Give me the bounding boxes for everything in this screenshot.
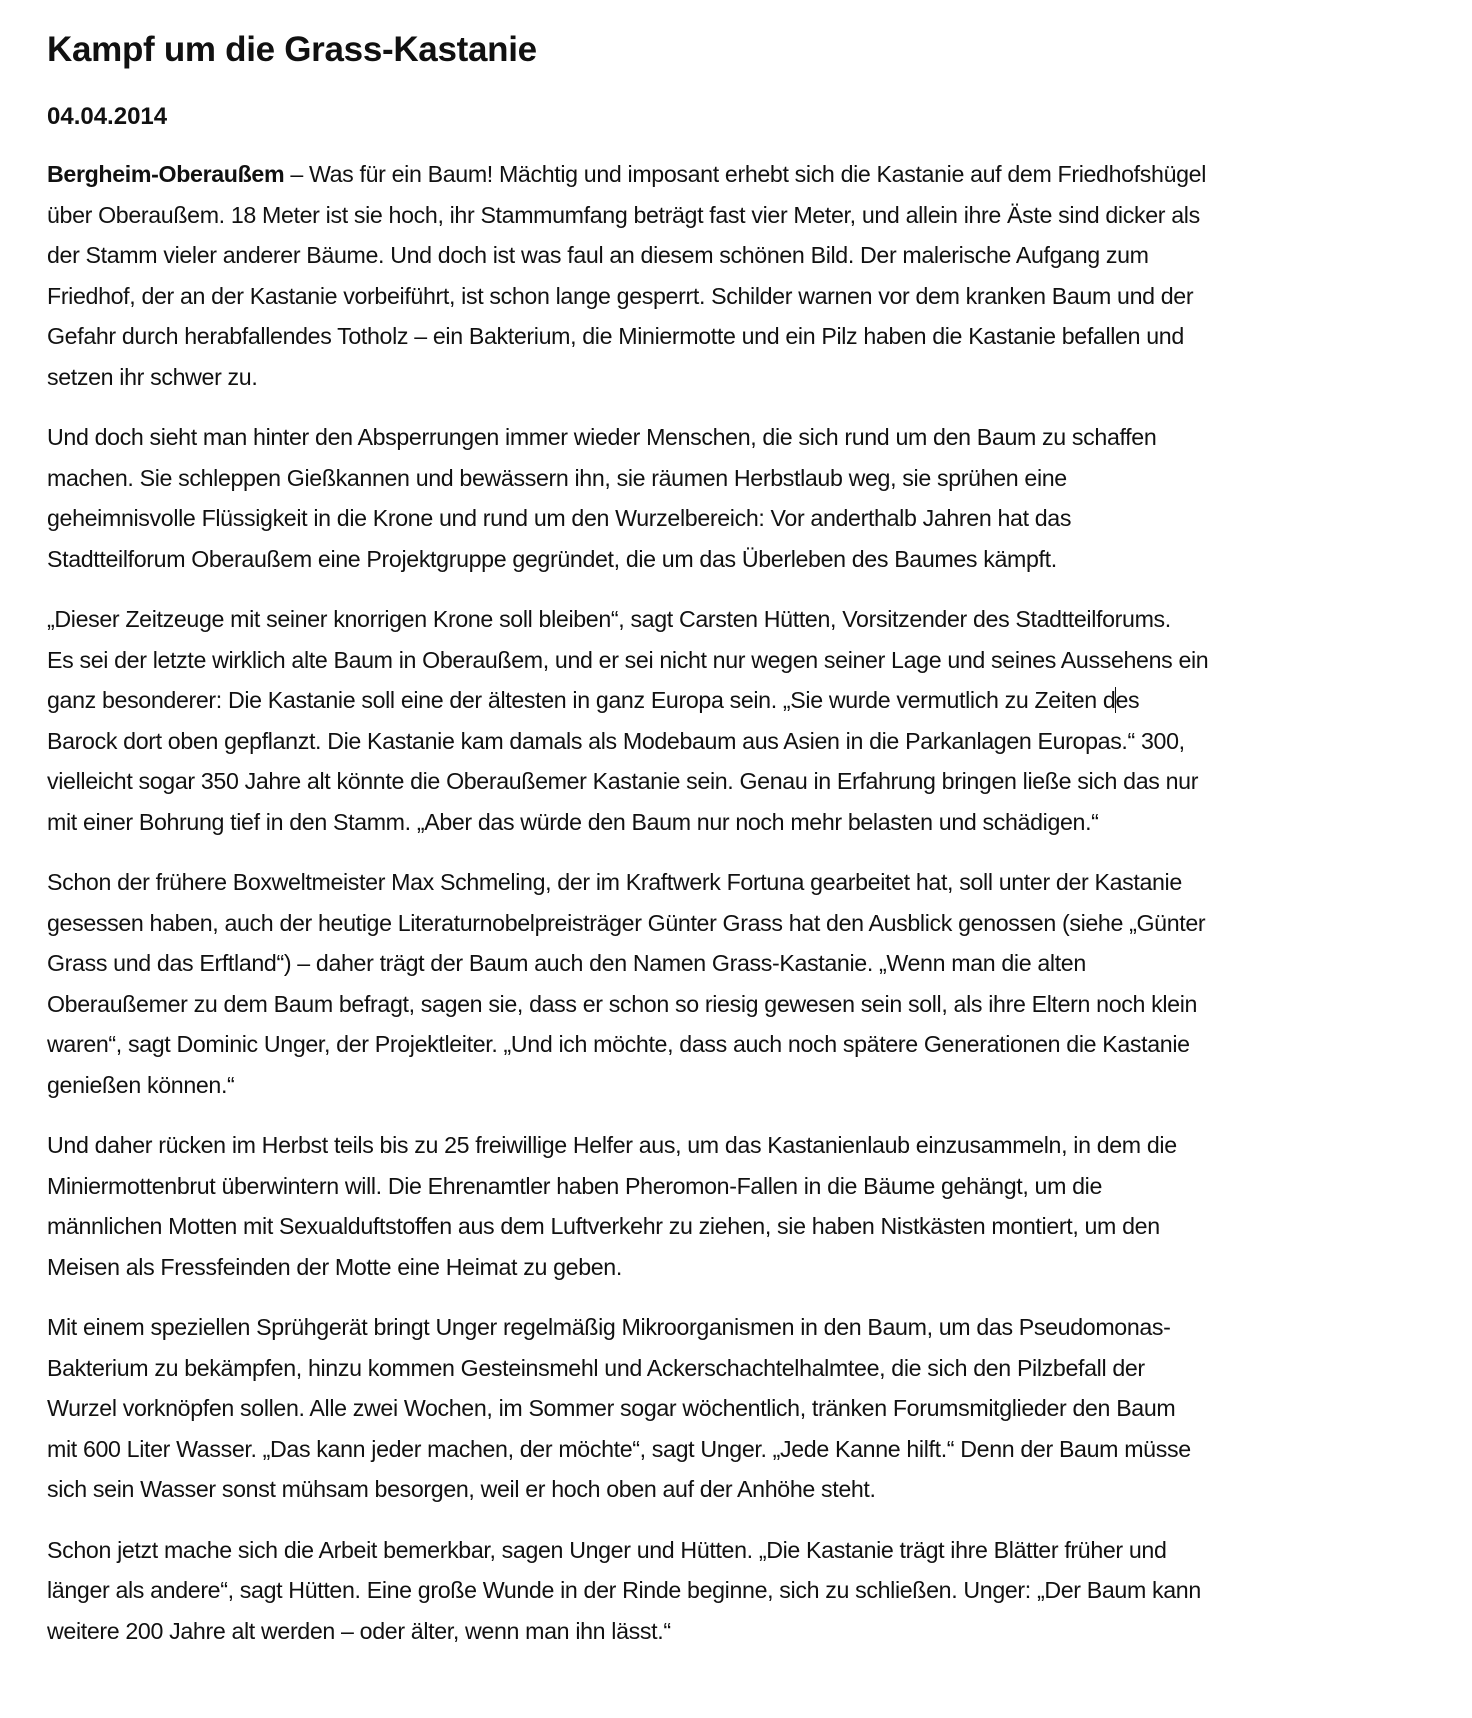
paragraph-line: Es sei der letzte wirklich alte Baum in … <box>47 640 1472 681</box>
paragraph-line: setzen ihr schwer zu. <box>47 357 1472 398</box>
article: Kampf um die Grass-Kastanie 04.04.2014 B… <box>0 0 1472 1651</box>
paragraph-line: Friedhof, der an der Kastanie vorbeiführ… <box>47 276 1472 317</box>
paragraph-line: Schon der frühere Boxweltmeister Max Sch… <box>47 862 1472 903</box>
paragraph-line: vielleicht sogar 350 Jahre alt könnte di… <box>47 761 1472 802</box>
paragraph-line: Stadtteilforum Oberaußem eine Projektgru… <box>47 539 1472 580</box>
article-date: 04.04.2014 <box>47 102 1472 132</box>
paragraph-line: genießen können.“ <box>47 1065 1472 1106</box>
paragraph-line: Und doch sieht man hinter den Absperrung… <box>47 417 1472 458</box>
paragraph-line: Miniermottenbrut überwintern will. Die E… <box>47 1166 1472 1207</box>
paragraph-line: weitere 200 Jahre alt werden – oder älte… <box>47 1611 1472 1652</box>
article-paragraph-1[interactable]: Bergheim-Oberaußem – Was für ein Baum! M… <box>47 154 1472 397</box>
paragraph-line: waren“, sagt Dominic Unger, der Projektl… <box>47 1024 1472 1065</box>
paragraph-line: geheimnisvolle Flüssigkeit in die Krone … <box>47 498 1472 539</box>
paragraph-line: gesessen haben, auch der heutige Literat… <box>47 903 1472 944</box>
article-paragraph-2[interactable]: Und doch sieht man hinter den Absperrung… <box>47 417 1472 579</box>
paragraph-line: machen. Sie schleppen Gießkannen und bew… <box>47 458 1472 499</box>
article-paragraph-5[interactable]: Und daher rücken im Herbst teils bis zu … <box>47 1125 1472 1287</box>
paragraph-line: männlichen Motten mit Sexualduftstoffen … <box>47 1206 1472 1247</box>
paragraph-line: sich sein Wasser sonst mühsam besorgen, … <box>47 1469 1472 1510</box>
article-paragraph-3[interactable]: „Dieser Zeitzeuge mit seiner knorrigen K… <box>47 599 1472 842</box>
paragraph-line: Bergheim-Oberaußem – Was für ein Baum! M… <box>47 154 1472 195</box>
paragraph-line: länger als andere“, sagt Hütten. Eine gr… <box>47 1570 1472 1611</box>
paragraph-line: ganz besonderer: Die Kastanie soll eine … <box>47 680 1472 721</box>
paragraph-line: Barock dort oben gepflanzt. Die Kastanie… <box>47 721 1472 762</box>
paragraph-line: mit 600 Liter Wasser. „Das kann jeder ma… <box>47 1429 1472 1470</box>
paragraph-line: Bakterium zu bekämpfen, hinzu kommen Ges… <box>47 1348 1472 1389</box>
paragraph-line: über Oberaußem. 18 Meter ist sie hoch, i… <box>47 195 1472 236</box>
paragraph-line: Schon jetzt mache sich die Arbeit bemerk… <box>47 1530 1472 1571</box>
article-paragraph-4[interactable]: Schon der frühere Boxweltmeister Max Sch… <box>47 862 1472 1105</box>
lead-location: Bergheim-Oberaußem <box>47 161 284 187</box>
paragraph-line: mit einer Bohrung tief in den Stamm. „Ab… <box>47 802 1472 843</box>
article-paragraph-6[interactable]: Mit einem speziellen Sprühgerät bringt U… <box>47 1307 1472 1510</box>
paragraph-line: Mit einem speziellen Sprühgerät bringt U… <box>47 1307 1472 1348</box>
article-paragraph-7[interactable]: Schon jetzt mache sich die Arbeit bemerk… <box>47 1530 1472 1652</box>
paragraph-line: „Dieser Zeitzeuge mit seiner knorrigen K… <box>47 599 1472 640</box>
paragraph-line: Gefahr durch herabfallendes Totholz – ei… <box>47 316 1472 357</box>
article-title: Kampf um die Grass-Kastanie <box>47 28 1472 72</box>
paragraph-line: Meisen als Fressfeinden der Motte eine H… <box>47 1247 1472 1288</box>
paragraph-line: Grass und das Erftland“) – daher trägt d… <box>47 943 1472 984</box>
paragraph-line: Oberaußemer zu dem Baum befragt, sagen s… <box>47 984 1472 1025</box>
paragraph-line: Und daher rücken im Herbst teils bis zu … <box>47 1125 1472 1166</box>
paragraph-line: der Stamm vieler anderer Bäume. Und doch… <box>47 235 1472 276</box>
paragraph-line: Wurzel vorknöpfen sollen. Alle zwei Woch… <box>47 1388 1472 1429</box>
